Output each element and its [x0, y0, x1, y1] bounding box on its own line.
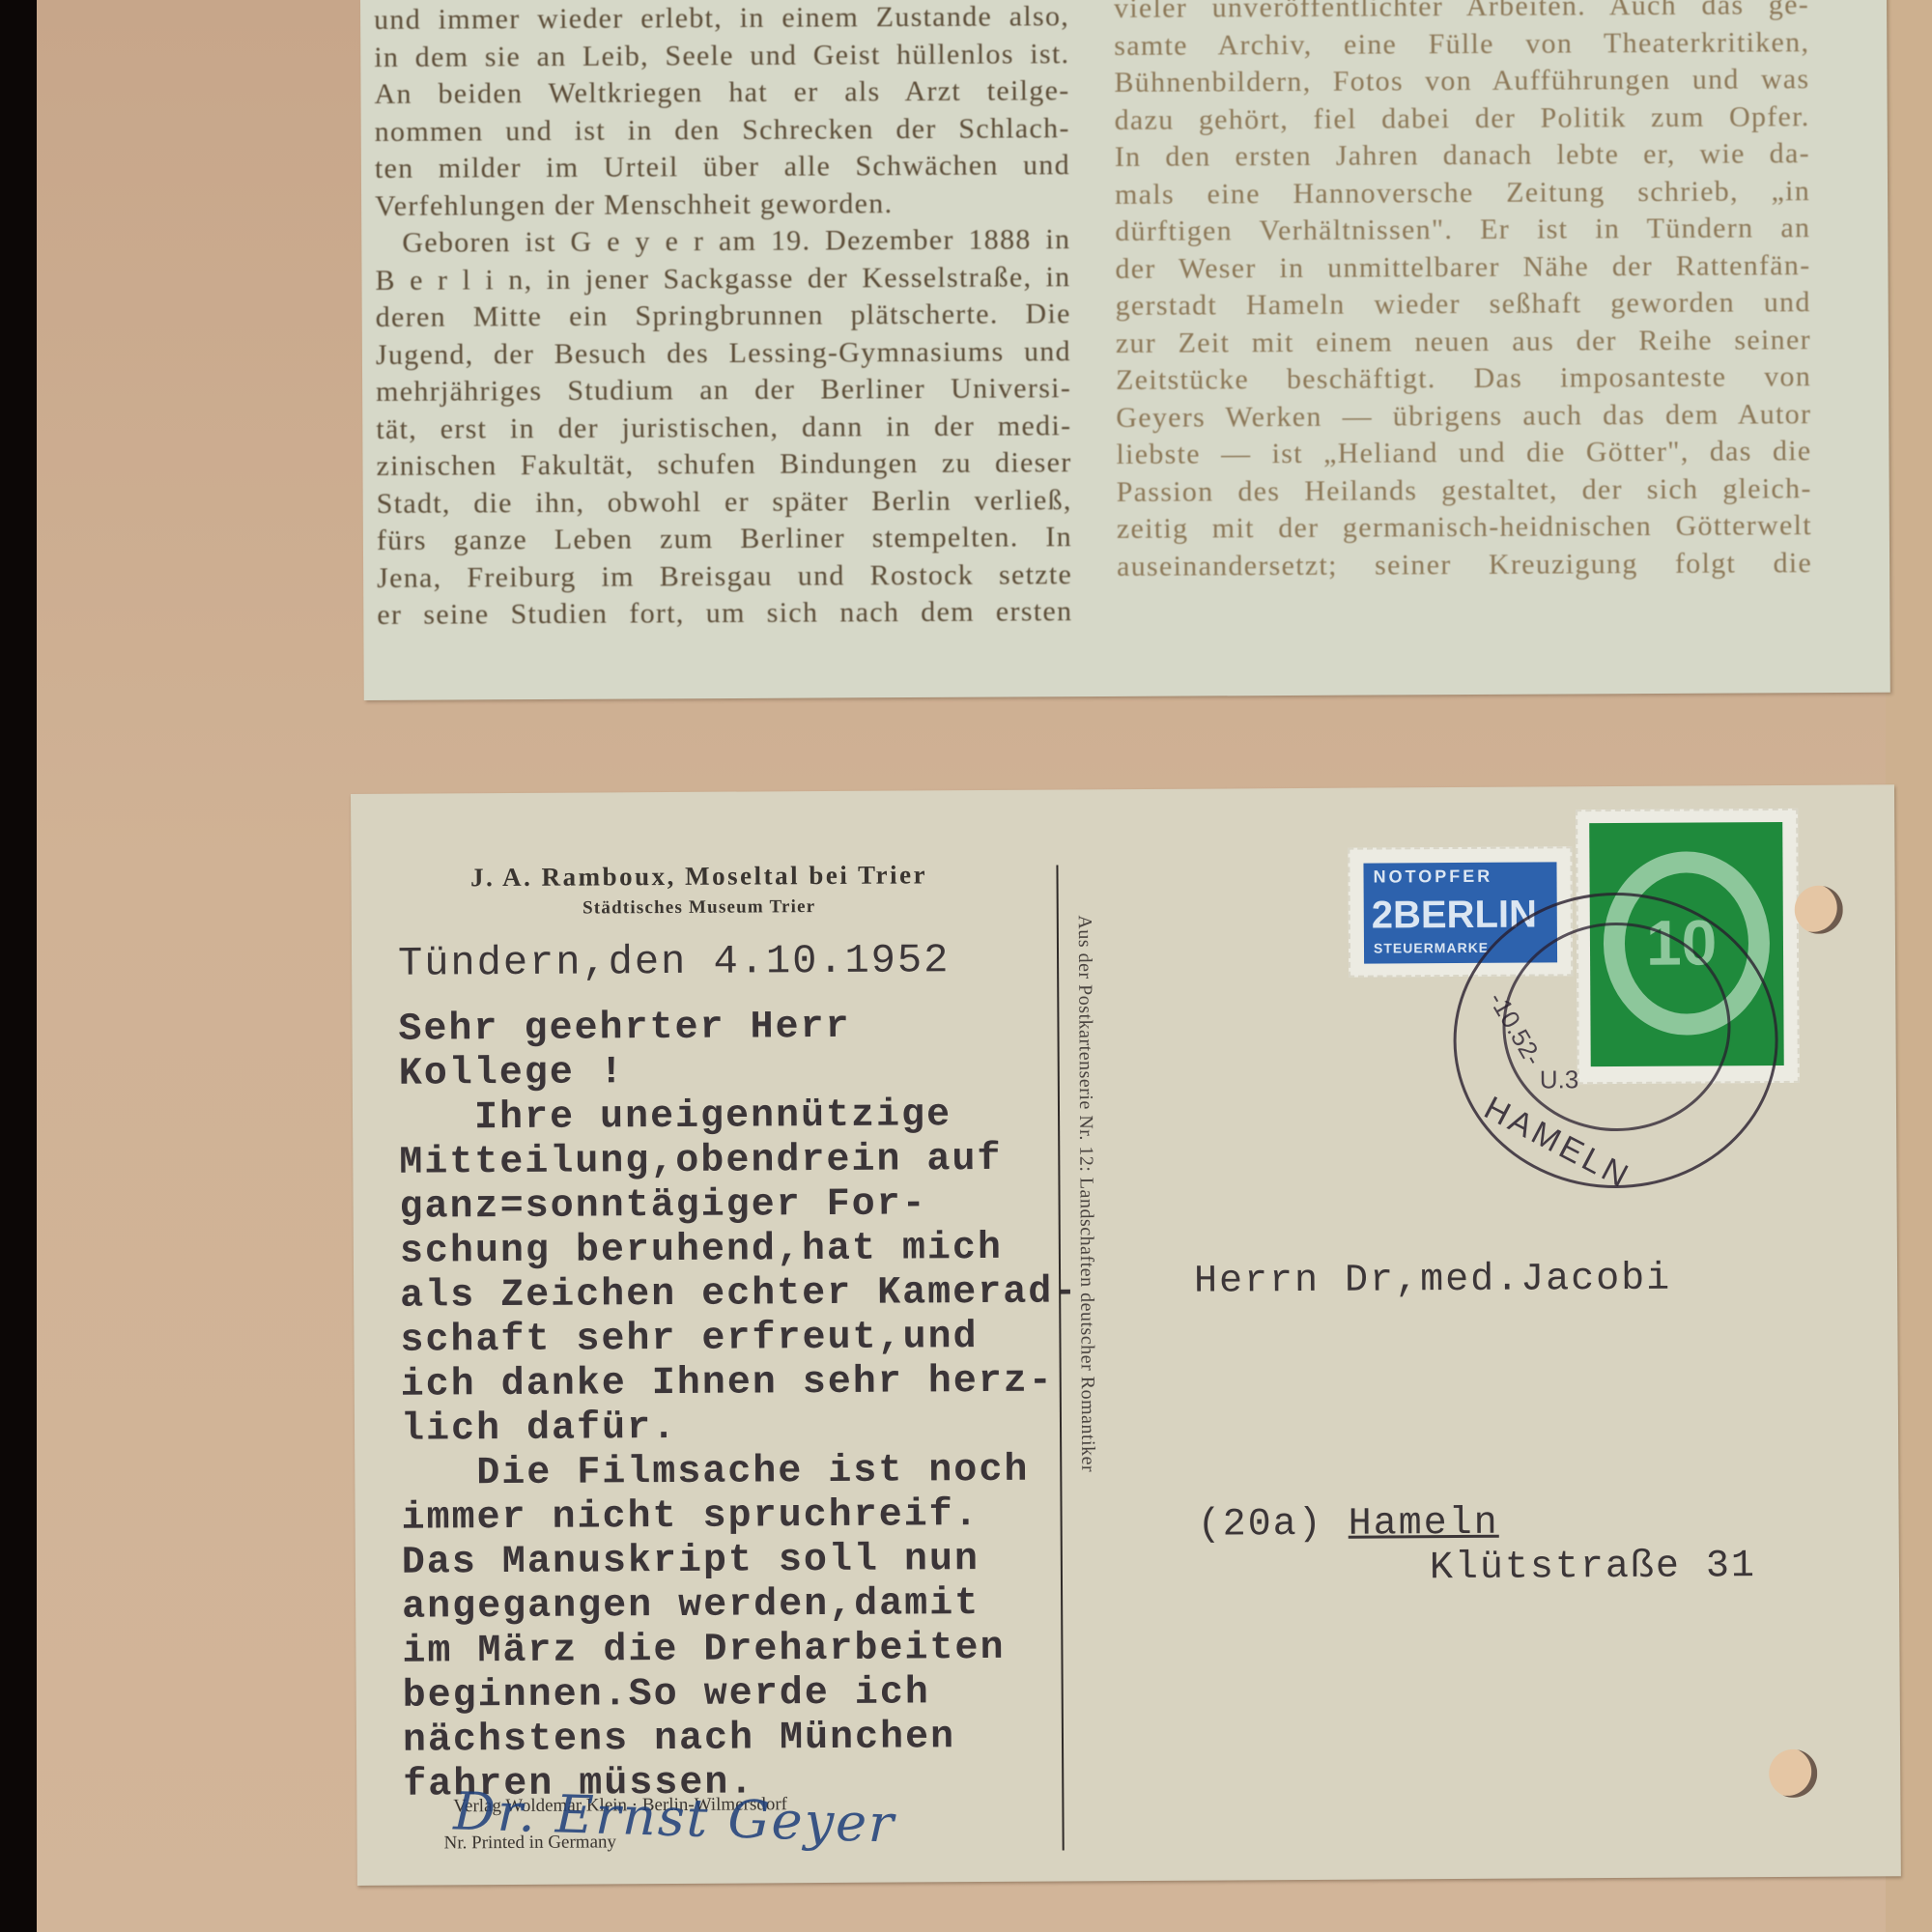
punch-hole-top [1795, 886, 1843, 934]
clipping-text-line: in dem sie an Leib, Seele und Geist hüll… [374, 36, 1069, 76]
clipping-text-line: auseinandersetzt; seiner Kreuzigung folg… [1117, 545, 1812, 585]
clipping-text-line: und immer wieder erlebt, in einem Zustan… [374, 0, 1069, 39]
clipping-text-line: deren Mitte ein Springbrunnen plätschert… [376, 296, 1071, 336]
clipping-text-line: Verfehlungen der Menschheit geworden. [375, 185, 1070, 225]
clipping-text-line: gerstadt Hameln wieder seßhaft geworden … [1116, 284, 1811, 325]
clipping-text-line: zeitig mit der germanisch-heidnischen Gö… [1117, 507, 1812, 548]
letter-body: Sehr geehrter Herr Kollege ! Ihre uneige… [398, 1004, 1081, 1807]
artwork-title: J. A. Ramboux, Moseltal bei Trier [428, 860, 969, 893]
clipping-text-line: mals eine Hannoversche Zeitung schrieb, … [1115, 173, 1810, 213]
clipping-text-line: er seine Studien fort, um sich nach dem … [377, 593, 1072, 634]
clipping-text-line: Geboren ist G e y e r am 19. Dezember 18… [375, 221, 1070, 262]
dateline: Tündern,den 4.10.1952 [398, 937, 951, 986]
postcard-publisher-header: J. A. Ramboux, Moseltal bei Trier Städti… [428, 860, 969, 920]
museum-name: Städtisches Museum Trier [429, 895, 970, 920]
clipping-text-line: dazu gehört, fiel dabei der Politik zum … [1115, 99, 1810, 139]
clipping-text-line: liebste — ist „Heliand und die Götter", … [1116, 433, 1811, 473]
clipping-text-line: nommen und ist in den Schrecken der Schl… [375, 110, 1070, 151]
clipping-text-line: Jugend, der Besuch des Lessing-Gymnasium… [376, 333, 1071, 374]
recipient-city-line: (20a) Hameln [1198, 1502, 1499, 1548]
recipient-street: Klütstraße 31 [1430, 1545, 1756, 1590]
clipping-text-line: B e r l i n, in jener Sackgasse der Kess… [375, 259, 1070, 299]
clipping-left-column: und immer wieder erlebt, in einem Zustan… [374, 0, 1072, 634]
newspaper-clipping: und immer wieder erlebt, in einem Zustan… [360, 0, 1890, 700]
clipping-text-line: tät, erst in der juristischen, dann in d… [376, 408, 1071, 448]
clipping-text-line: An beiden Weltkriegen hat er als Arzt te… [374, 72, 1069, 113]
dark-left-edge [0, 0, 37, 1932]
clipping-text-line: zur Zeit mit einem neuen aus der Reihe s… [1116, 322, 1811, 362]
clipping-text-line: ten milder im Urteil über alle Schwächen… [375, 147, 1070, 187]
clipping-text-line: fürs ganze Leben zum Berliner stempelten… [377, 519, 1072, 559]
punch-hole-bottom [1769, 1749, 1817, 1798]
clipping-text-line: dürftigen Verhältnissen". Er ist in Tünd… [1115, 210, 1810, 250]
clipping-text-line: Bühnenbildern, Fotos von Aufführungen un… [1114, 61, 1809, 101]
recipient-name: Herrn Dr,med.Jacobi [1194, 1258, 1671, 1304]
clipping-text-line: der Weser in unmittelbarer Nähe der Ratt… [1115, 247, 1810, 288]
clipping-text-line: Passion des Heilands gestaltet, der sich… [1117, 470, 1812, 511]
clipping-text-line: vieler unveröffentlichter Arbeiten. Auch… [1114, 0, 1809, 27]
clipping-right-column: vieler unveröffentlichter Arbeiten. Auch… [1114, 0, 1812, 585]
clipping-text-line: Zeitstücke beschäftigt. Das imposanteste… [1116, 358, 1811, 399]
postcard: J. A. Ramboux, Moseltal bei Trier Städti… [351, 784, 1901, 1886]
clipping-text-line: Geyers Werken — übrigens auch das dem Au… [1116, 396, 1811, 437]
series-caption: Aus der Postkartenserie Nr. 12: Landscha… [1066, 915, 1100, 1784]
clipping-text-line: zinischen Fakultät, schufen Bindungen zu… [376, 444, 1071, 485]
clipping-text-line: Stadt, die ihn, obwohl er später Berlin … [377, 482, 1072, 523]
clipping-text-line: samte Archiv, eine Fülle von Theaterkrit… [1114, 24, 1809, 65]
hameln-postmark: -10.52- U.3 HAMELN [1453, 892, 1779, 1189]
clipping-text-line: mehrjähriges Studium an der Berliner Uni… [376, 370, 1071, 411]
clipping-text-line: Jena, Freiburg im Breisgau und Rostock s… [377, 556, 1072, 597]
clipping-text-line: In den ersten Jahren danach lebte er, wi… [1115, 135, 1810, 176]
handwritten-signature: Dr. Ernst Geyer [453, 1780, 896, 1854]
